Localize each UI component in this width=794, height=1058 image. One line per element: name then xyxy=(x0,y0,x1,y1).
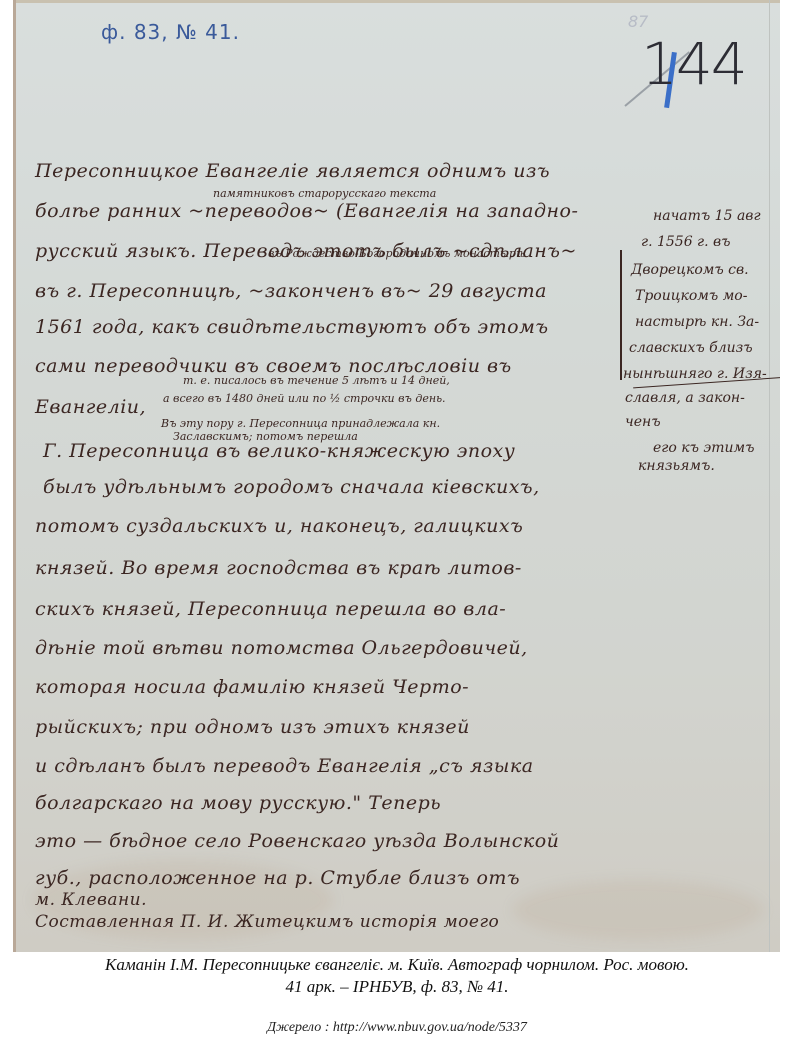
margin-note-line: нынѣшняго г. Изя- xyxy=(623,366,767,382)
manuscript-line: въ г. Пересопницѣ, ~законченъ въ~ 29 авг… xyxy=(35,280,547,302)
page-right-edge xyxy=(769,0,770,952)
manuscript-line: скихъ князей, Пересопница перешла во вла… xyxy=(35,598,506,620)
paper-stain xyxy=(513,880,763,940)
interlinear-insert: Въ эту пору г. Пересопница принадлежала … xyxy=(161,417,440,430)
margin-note-line: Дворецкомъ св. xyxy=(631,262,749,278)
old-folio-number: 87 xyxy=(628,12,648,31)
margin-note-line: Троицкомъ мо- xyxy=(635,288,747,304)
manuscript-line: русский языкъ. Переводъ этотъ былъ ~сдѣл… xyxy=(35,240,577,262)
caption-line-2: 41 арк. – ІРНБУВ, ф. 83, № 41. xyxy=(0,977,794,997)
margin-note-line: начатъ 15 авг xyxy=(653,208,761,224)
interlinear-insert: а всего въ 1480 дней или по ½ строчки въ… xyxy=(163,392,446,405)
folio-number: 144 xyxy=(641,30,746,98)
manuscript-line: губ., расположенное на р. Стубле близъ о… xyxy=(35,867,520,889)
margin-note-line: князьямъ. xyxy=(638,458,715,474)
margin-note-line: ченъ xyxy=(625,414,661,430)
manuscript-line: потомъ суздальскихъ и, наконецъ, галицки… xyxy=(35,515,523,537)
archive-stamp: ф. 83, № 41. xyxy=(101,20,240,44)
margin-note-line: г. 1556 г. въ xyxy=(641,234,731,250)
manuscript-line: сами переводчики въ своемъ послѣсловіи в… xyxy=(35,355,512,377)
margin-bracket xyxy=(620,250,622,380)
manuscript-line: князей. Во время господства въ краѣ лито… xyxy=(35,557,522,579)
photo-left-edge xyxy=(13,0,16,952)
manuscript-line: и сдѣланъ былъ переводъ Евангелія „съ яз… xyxy=(35,755,534,777)
margin-note-line: его къ этимъ xyxy=(653,440,754,456)
manuscript-line: Г. Пересопница въ велико-княжескую эпоху xyxy=(43,440,515,462)
manuscript-scan: ф. 83, № 41. 87 144 памятниковъ старорус… xyxy=(13,0,780,952)
manuscript-line: Составленная П. И. Житецкимъ исторія мое… xyxy=(35,912,499,932)
manuscript-line: рыйскихъ; при одномъ изъ этихъ князей xyxy=(35,716,470,738)
manuscript-line: 1561 года, какъ свидѣтельствуютъ объ это… xyxy=(35,316,549,338)
manuscript-line: дѣніе той вѣтви потомства Ольгердовичей, xyxy=(35,637,528,659)
manuscript-line: былъ удѣльнымъ городомъ сначала кіевских… xyxy=(43,476,540,498)
margin-note-line: славскихъ близъ xyxy=(629,340,753,356)
margin-note-line: настырѣ кн. За- xyxy=(635,314,759,330)
interlinear-insert: памятниковъ старорусскаго текста xyxy=(213,187,436,200)
margin-note-line: славля, а закон- xyxy=(625,390,745,406)
manuscript-line: это — бѣдное село Ровенскаго уѣзда Волын… xyxy=(35,830,559,852)
manuscript-line: м. Клевани. xyxy=(35,890,147,910)
manuscript-line: болгарскаго на мову русскую." Теперь xyxy=(35,792,441,814)
source-link[interactable]: Джерело : http://www.nbuv.gov.ua/node/53… xyxy=(0,1020,794,1036)
manuscript-line: Пересопницкое Евангеліе является однимъ … xyxy=(35,160,550,182)
caption-line-1: Каманін І.М. Пересопницьке євангеліє. м.… xyxy=(0,955,794,975)
manuscript-line: которая носила фамилію князей Черто- xyxy=(35,676,469,698)
manuscript-line: Евангеліи, xyxy=(35,396,146,418)
photo-top-edge xyxy=(13,0,780,3)
manuscript-line: болѣе ранних ~переводов~ (Евангелія на з… xyxy=(35,200,578,222)
